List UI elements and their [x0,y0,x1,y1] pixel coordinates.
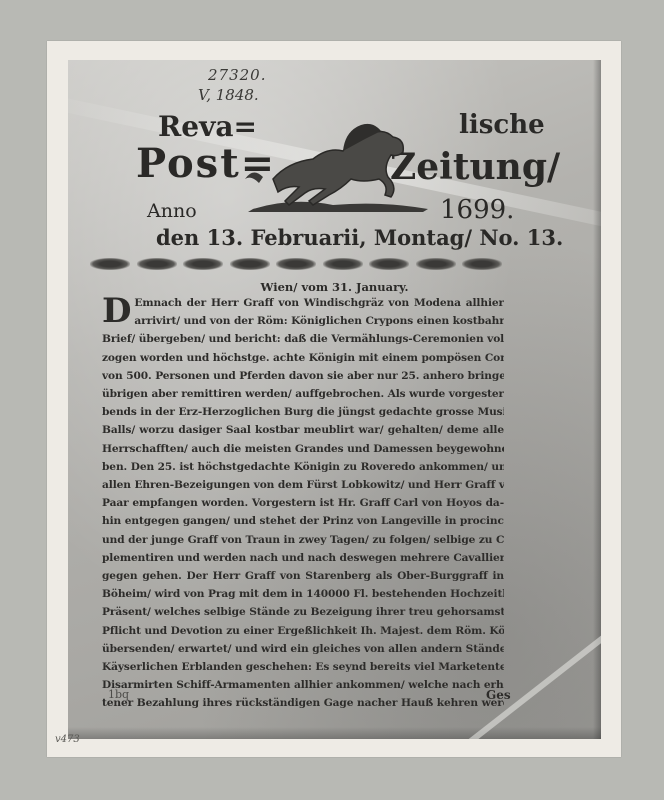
article-line: gegen gehen. Der Herr Graff von Starenbe… [102,567,504,585]
article-line: Pflicht und Devotion zu einer Ergeßlichk… [102,622,504,640]
article-line: ben. Den 25. ist höchstgedachte Königin … [102,458,504,476]
photo-shadow-edge [593,60,601,739]
article-line: Emnach der Herr Graff von Windischgräz v… [134,294,504,312]
article-heading: Wien/ vom 31. January. [68,280,601,294]
article-line: allen Ehren-Bezeigungen von dem Fürst Lo… [102,476,504,494]
photo-shadow-bottom [68,727,601,739]
article-line: und der junge Graff von Traun in zwey Ta… [102,531,504,549]
card-catalog-note: v473 [55,734,80,745]
article-line: zogen worden und höchstge. achte Königin… [102,349,504,367]
ornament-icon [323,258,363,270]
ornament-icon [276,258,316,270]
masthead-anno: Anno [147,200,197,222]
ornament-icon [369,258,409,270]
article-line: Balls/ worzu dasiger Saal kostbar meubli… [102,421,504,439]
article-line: Böheim/ wird von Prag mit dem in 140000 … [102,585,504,603]
ornamental-divider [90,254,502,274]
article-line: tener Bezahlung ihres rückständigen Gage… [102,694,504,712]
ornament-icon [90,258,130,270]
article-line: Herrschafften/ auch die meisten Grandes … [102,440,504,458]
handwritten-note-volume: V, 1848. [198,86,259,104]
catchword: Ges [486,688,511,702]
article-line: bends in der Erz-Herzoglichen Burg die j… [102,403,504,421]
horse-and-rider-icon [233,117,433,217]
article-line: Käyserlichen Erblanden geschehen: Es sey… [102,658,504,676]
article-line: hin entgegen gangen/ und stehet der Prin… [102,512,504,530]
article-body: D Emnach der Herr Graff von Windischgräz… [102,294,504,713]
article-line: Paar empfangen worden. Vorgestern ist Hr… [102,494,504,512]
ornament-icon [416,258,456,270]
masthead-lische: lische [459,110,545,140]
article-line: von 500. Personen und Pferden davon sie … [102,367,504,385]
article-line: Präsent/ welches selbige Stände zu Bezei… [102,603,504,621]
handwritten-note-number: 27320. [208,66,267,84]
drop-cap: D [102,296,131,326]
article-line: übrigen aber remittiren werden/ auffgebr… [102,385,504,403]
newspaper-photograph: 27320. V, 1848. Reva= lische Post= Zeitu… [68,60,601,739]
article-line: plementiren und werden nach und nach des… [102,549,504,567]
article-line: Disarmirten Schiff-Armamenten allhier an… [102,676,504,694]
ornament-icon [462,258,502,270]
signature-mark: 1bq [108,688,129,701]
article-line: arrivirt/ und von der Röm: Königlichen C… [134,312,504,330]
ornament-icon [137,258,177,270]
dateline: den 13. Februarii, Montag/ No. 13. [156,225,563,250]
ornament-icon [230,258,270,270]
ornament-icon [183,258,223,270]
mount-card: 27320. V, 1848. Reva= lische Post= Zeitu… [47,41,621,757]
article-line: Brief/ übergeben/ und bericht: daß die V… [102,330,504,348]
article-line: übersenden/ erwartet/ und wird ein gleic… [102,640,504,658]
masthead-year: 1699. [440,195,514,225]
